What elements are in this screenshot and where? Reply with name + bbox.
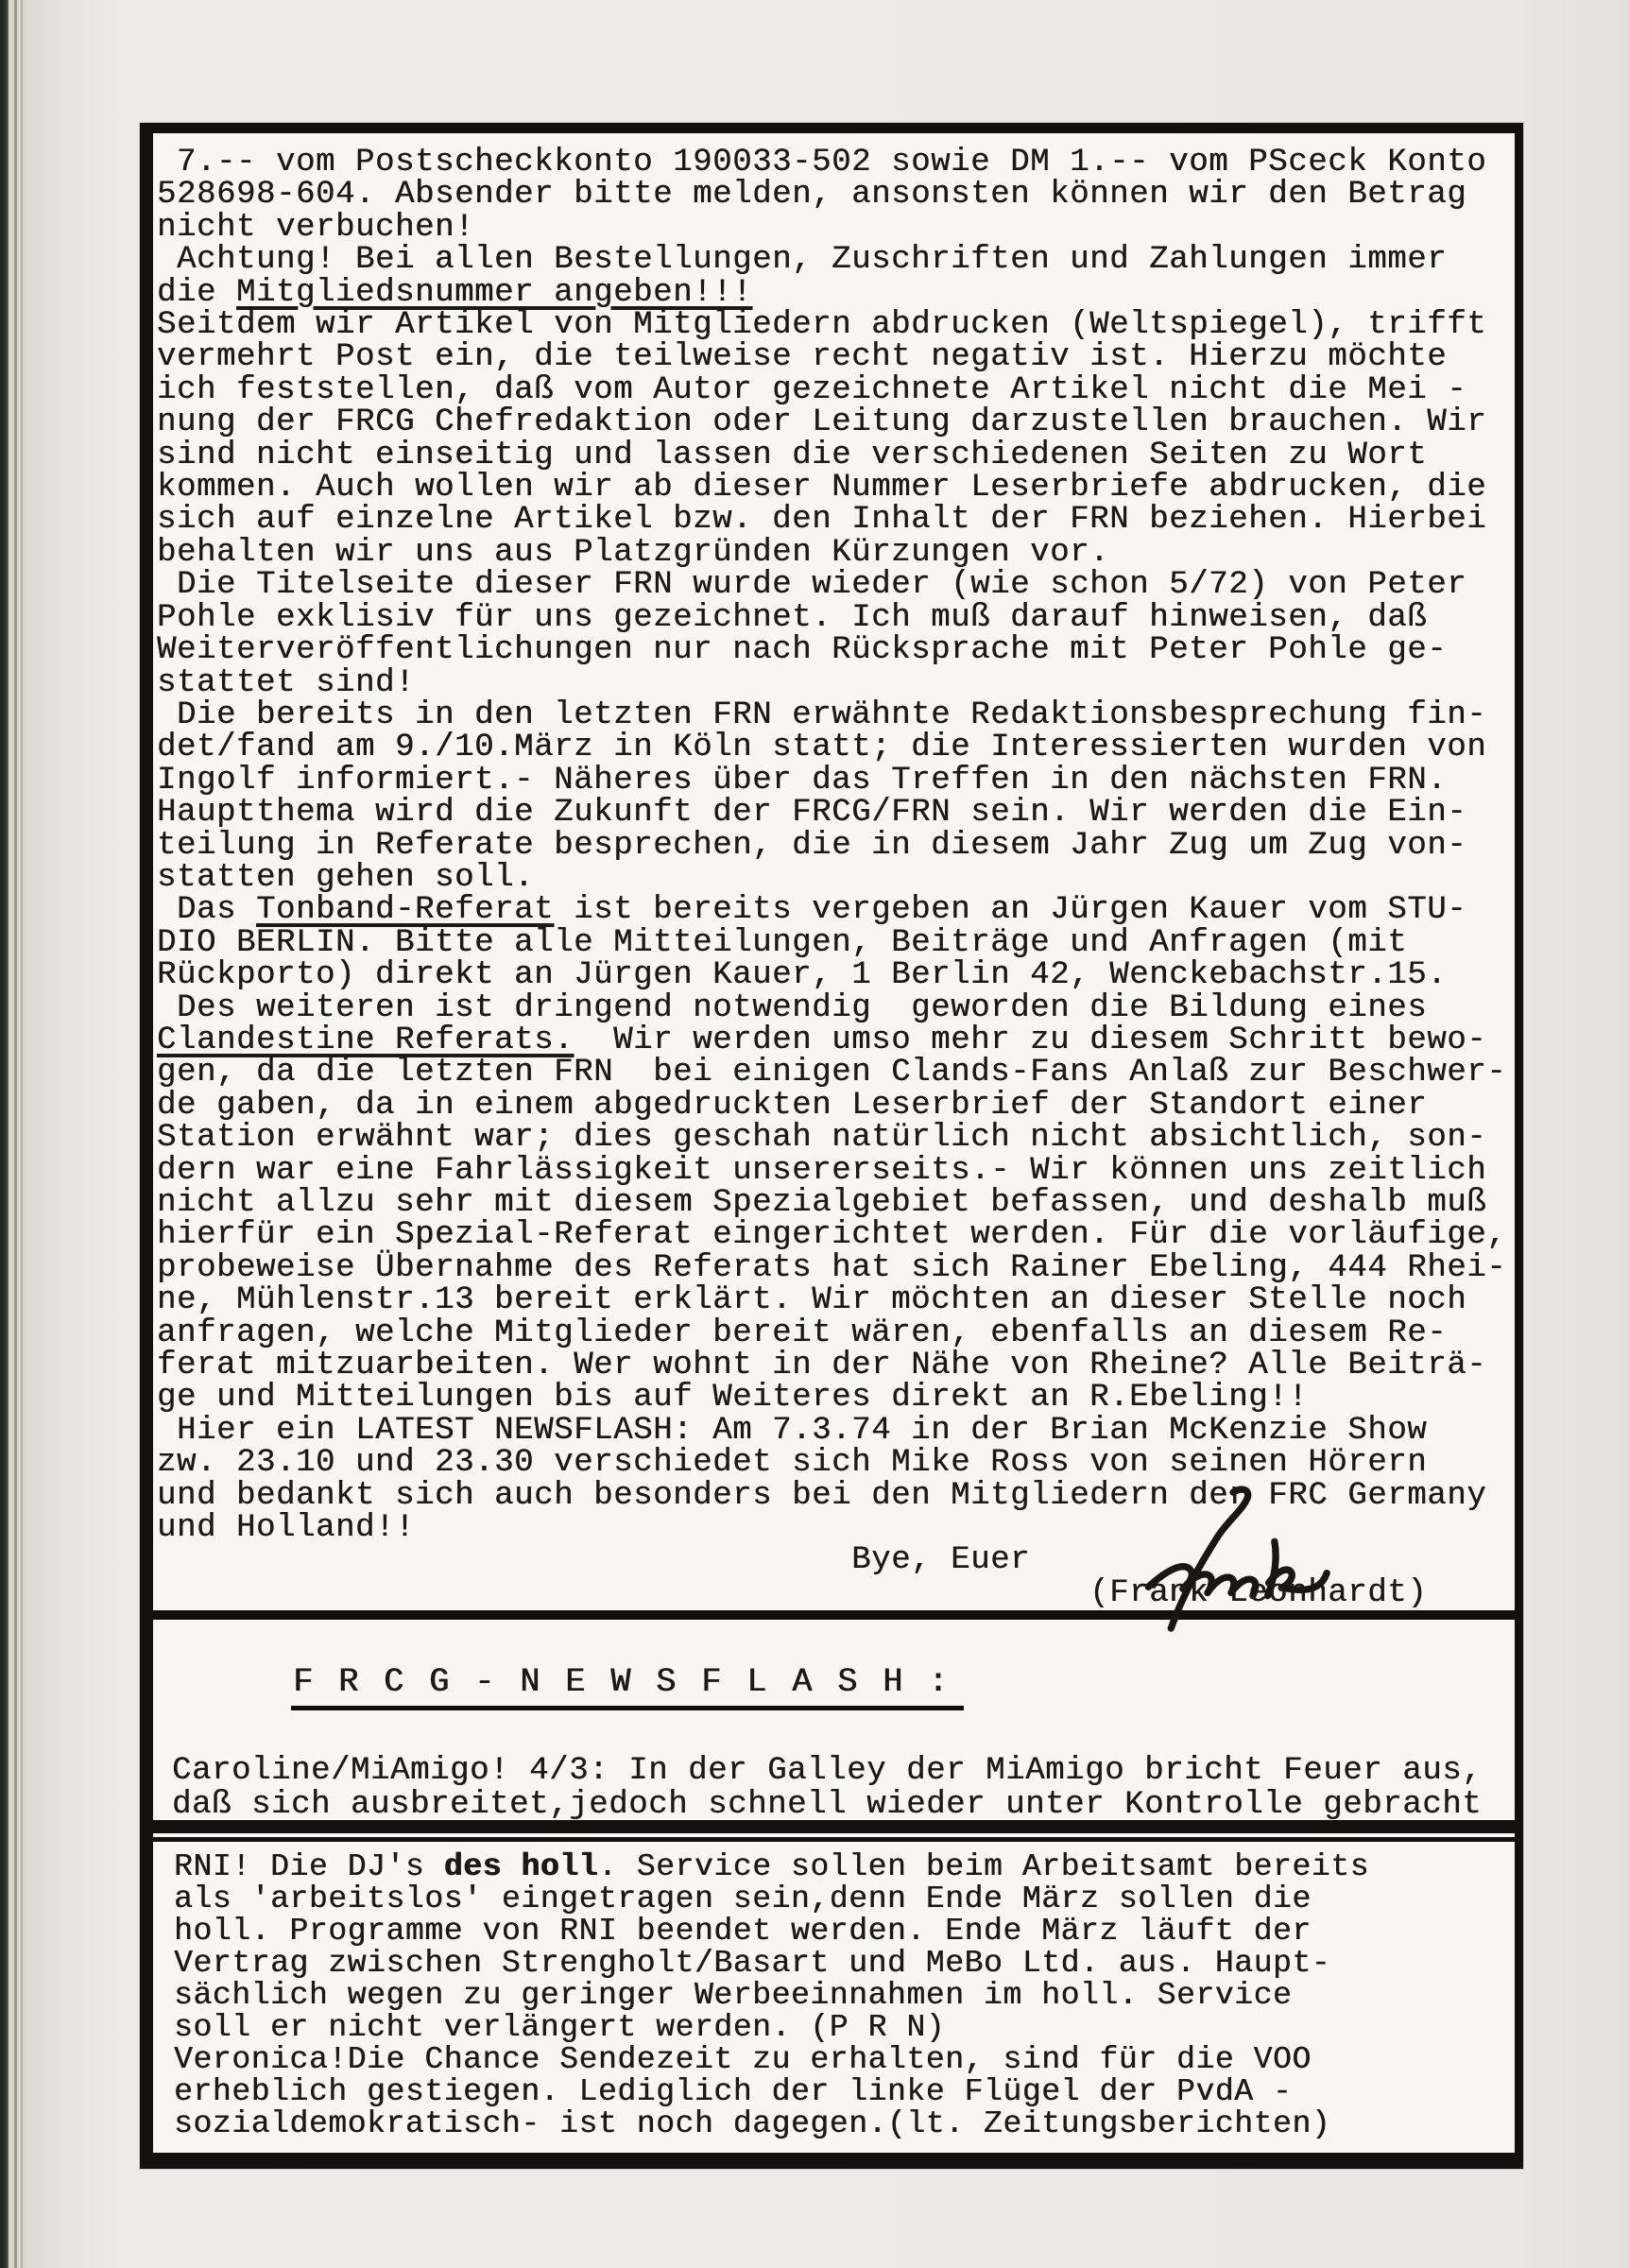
text-line: probeweise Übernahme des Referats hat si… [157,1252,1515,1284]
bold-text: des holl [444,1849,598,1884]
underlined-text: Tonband-Referat [256,892,554,928]
text-line: Hauptthema wird die Zukunft der FRCG/FRN… [157,797,1515,829]
text-line: nung der FRCG Chefredaktion oder Leitung… [157,406,1515,438]
main-letter-text: 7.-- vom Postscheckkonto 190033-502 sowi… [153,133,1515,1610]
text-line: zw. 23.10 und 23.30 verschiedet sich Mik… [157,1447,1515,1479]
text-line: sich auf einzelne Artikel bzw. den Inhal… [157,504,1515,536]
underlined-text: Mitgliedsnummer angeben!!! [236,275,752,311]
text-line: ich feststellen, daß vom Autor gezeichne… [157,374,1515,406]
text-line: stattet sind! [157,667,1515,699]
text-line: Pohle exklisiv für uns gezeichnet. Ich m… [157,602,1515,634]
text-line: Veronica!Die Chance Sendezeit zu erhalte… [174,2044,1515,2076]
text-line: DIO BERLIN. Bitte alle Mitteilungen, Bei… [157,927,1515,959]
text-line: teilung in Referate besprechen, die in d… [157,830,1515,862]
signature-frank [1119,1483,1346,1634]
text-line: Clandestine Referats. Wir werden umso me… [157,1024,1515,1057]
text-line: gen, da die letzten FRN bei einigen Clan… [157,1057,1515,1089]
text-line: Die bereits in den letzten FRN erwähnte … [157,699,1515,731]
rni-news-section: RNI! Die DJ's des holl. Service sollen b… [153,1844,1515,2140]
text-line: nicht allzu sehr mit diesem Spezialgebie… [157,1187,1515,1219]
text-line: 528698-604. Absender bitte melden, anson… [157,179,1515,211]
text-line: Die Titelseite dieser FRN wurde wieder (… [157,569,1515,601]
text-line: Des weiteren ist dringend notwendig gewo… [157,992,1515,1024]
scan-fold-line [21,0,23,2268]
text-line: ne, Mühlenstr.13 bereit erklärt. Wir möc… [157,1284,1515,1316]
scanned-newsletter-page: 7.-- vom Postscheckkonto 190033-502 sowi… [0,0,1629,2268]
frcg-newsflash-section: F R C G - N E W S F L A S H : Caroline/M… [153,1610,1515,1820]
text-line: RNI! Die DJ's des holl. Service sollen b… [174,1851,1515,1883]
text-line: soll er nicht verlängert werden. (P R N) [174,2012,1515,2044]
text-line: sozialdemokratisch- ist noch dagegen.(lt… [174,2108,1515,2140]
text-line: als 'arbeitslos' eingetragen sein,denn E… [174,1883,1515,1916]
text-line: Vertrag zwischen Strengholt/Basart und M… [174,1948,1515,1980]
text-line: statten gehen soll. [157,862,1515,894]
section-divider [153,1820,1515,1844]
text-line: Rückporto) direkt an Jürgen Kauer, 1 Ber… [157,959,1515,991]
text-line: 7.-- vom Postscheckkonto 190033-502 sowi… [157,146,1515,179]
text-line: sächlich wegen zu geringer Werbeeinnahme… [174,1980,1515,2012]
text-line: Ingolf informiert.- Näheres über das Tre… [157,765,1515,797]
text-line: Caroline/MiAmigo! 4/3: In der Galley der… [172,1754,1515,1788]
text-line: Das Tonband-Referat ist bereits vergeben… [157,894,1515,926]
text-line: nicht verbuchen! [157,212,1515,244]
document-frame: 7.-- vom Postscheckkonto 190033-502 sowi… [140,123,1523,2169]
text-line: vermehrt Post ein, die teilweise recht n… [157,341,1515,373]
text-line: erheblich gestiegen. Lediglich der linke… [174,2076,1515,2108]
underlined-text: Clandestine Referats. [157,1022,574,1058]
text-line: sind nicht einseitig und lassen die vers… [157,439,1515,472]
text-line: Seitdem wir Artikel von Mitgliedern abdr… [157,309,1515,341]
text-line: dern war eine Fahrlässigkeit unsererseit… [157,1155,1515,1187]
text-line: ferat mitzuarbeiten. Wer wohnt in der Nä… [157,1349,1515,1382]
text-line: behalten wir uns aus Platzgründen Kürzun… [157,537,1515,569]
text-line: Station erwähnt war; dies geschah natürl… [157,1122,1515,1154]
text-line: ge und Mitteilungen bis auf Weiteres dir… [157,1382,1515,1414]
newsflash-body: Caroline/MiAmigo! 4/3: In der Galley der… [172,1754,1515,1820]
scan-left-edge [0,0,9,2268]
scan-fold-line [14,0,17,2268]
text-line: holl. Programme von RNI beendet werden. … [174,1916,1515,1948]
text-line: anfragen, welche Mitglieder bereit wären… [157,1317,1515,1349]
newsflash-title: F R C G - N E W S F L A S H : [291,1665,964,1710]
text-line: die Mitgliedsnummer angeben!!! [157,277,1515,309]
text-line: Achtung! Bei allen Bestellungen, Zuschri… [157,244,1515,276]
text-line: Weiterveröffentlichungen nur nach Rücksp… [157,634,1515,666]
text-line: det/fand am 9./10.März in Köln statt; di… [157,731,1515,764]
text-line: de gaben, da in einem abgedruckten Leser… [157,1090,1515,1122]
text-line: Hier ein LATEST NEWSFLASH: Am 7.3.74 in … [157,1415,1515,1447]
text-line: daß sich ausbreitet,jedoch schnell wiede… [172,1788,1515,1820]
text-line: hierfür ein Spezial-Referat eingerichtet… [157,1219,1515,1251]
text-line: kommen. Auch wollen wir ab dieser Nummer… [157,472,1515,504]
